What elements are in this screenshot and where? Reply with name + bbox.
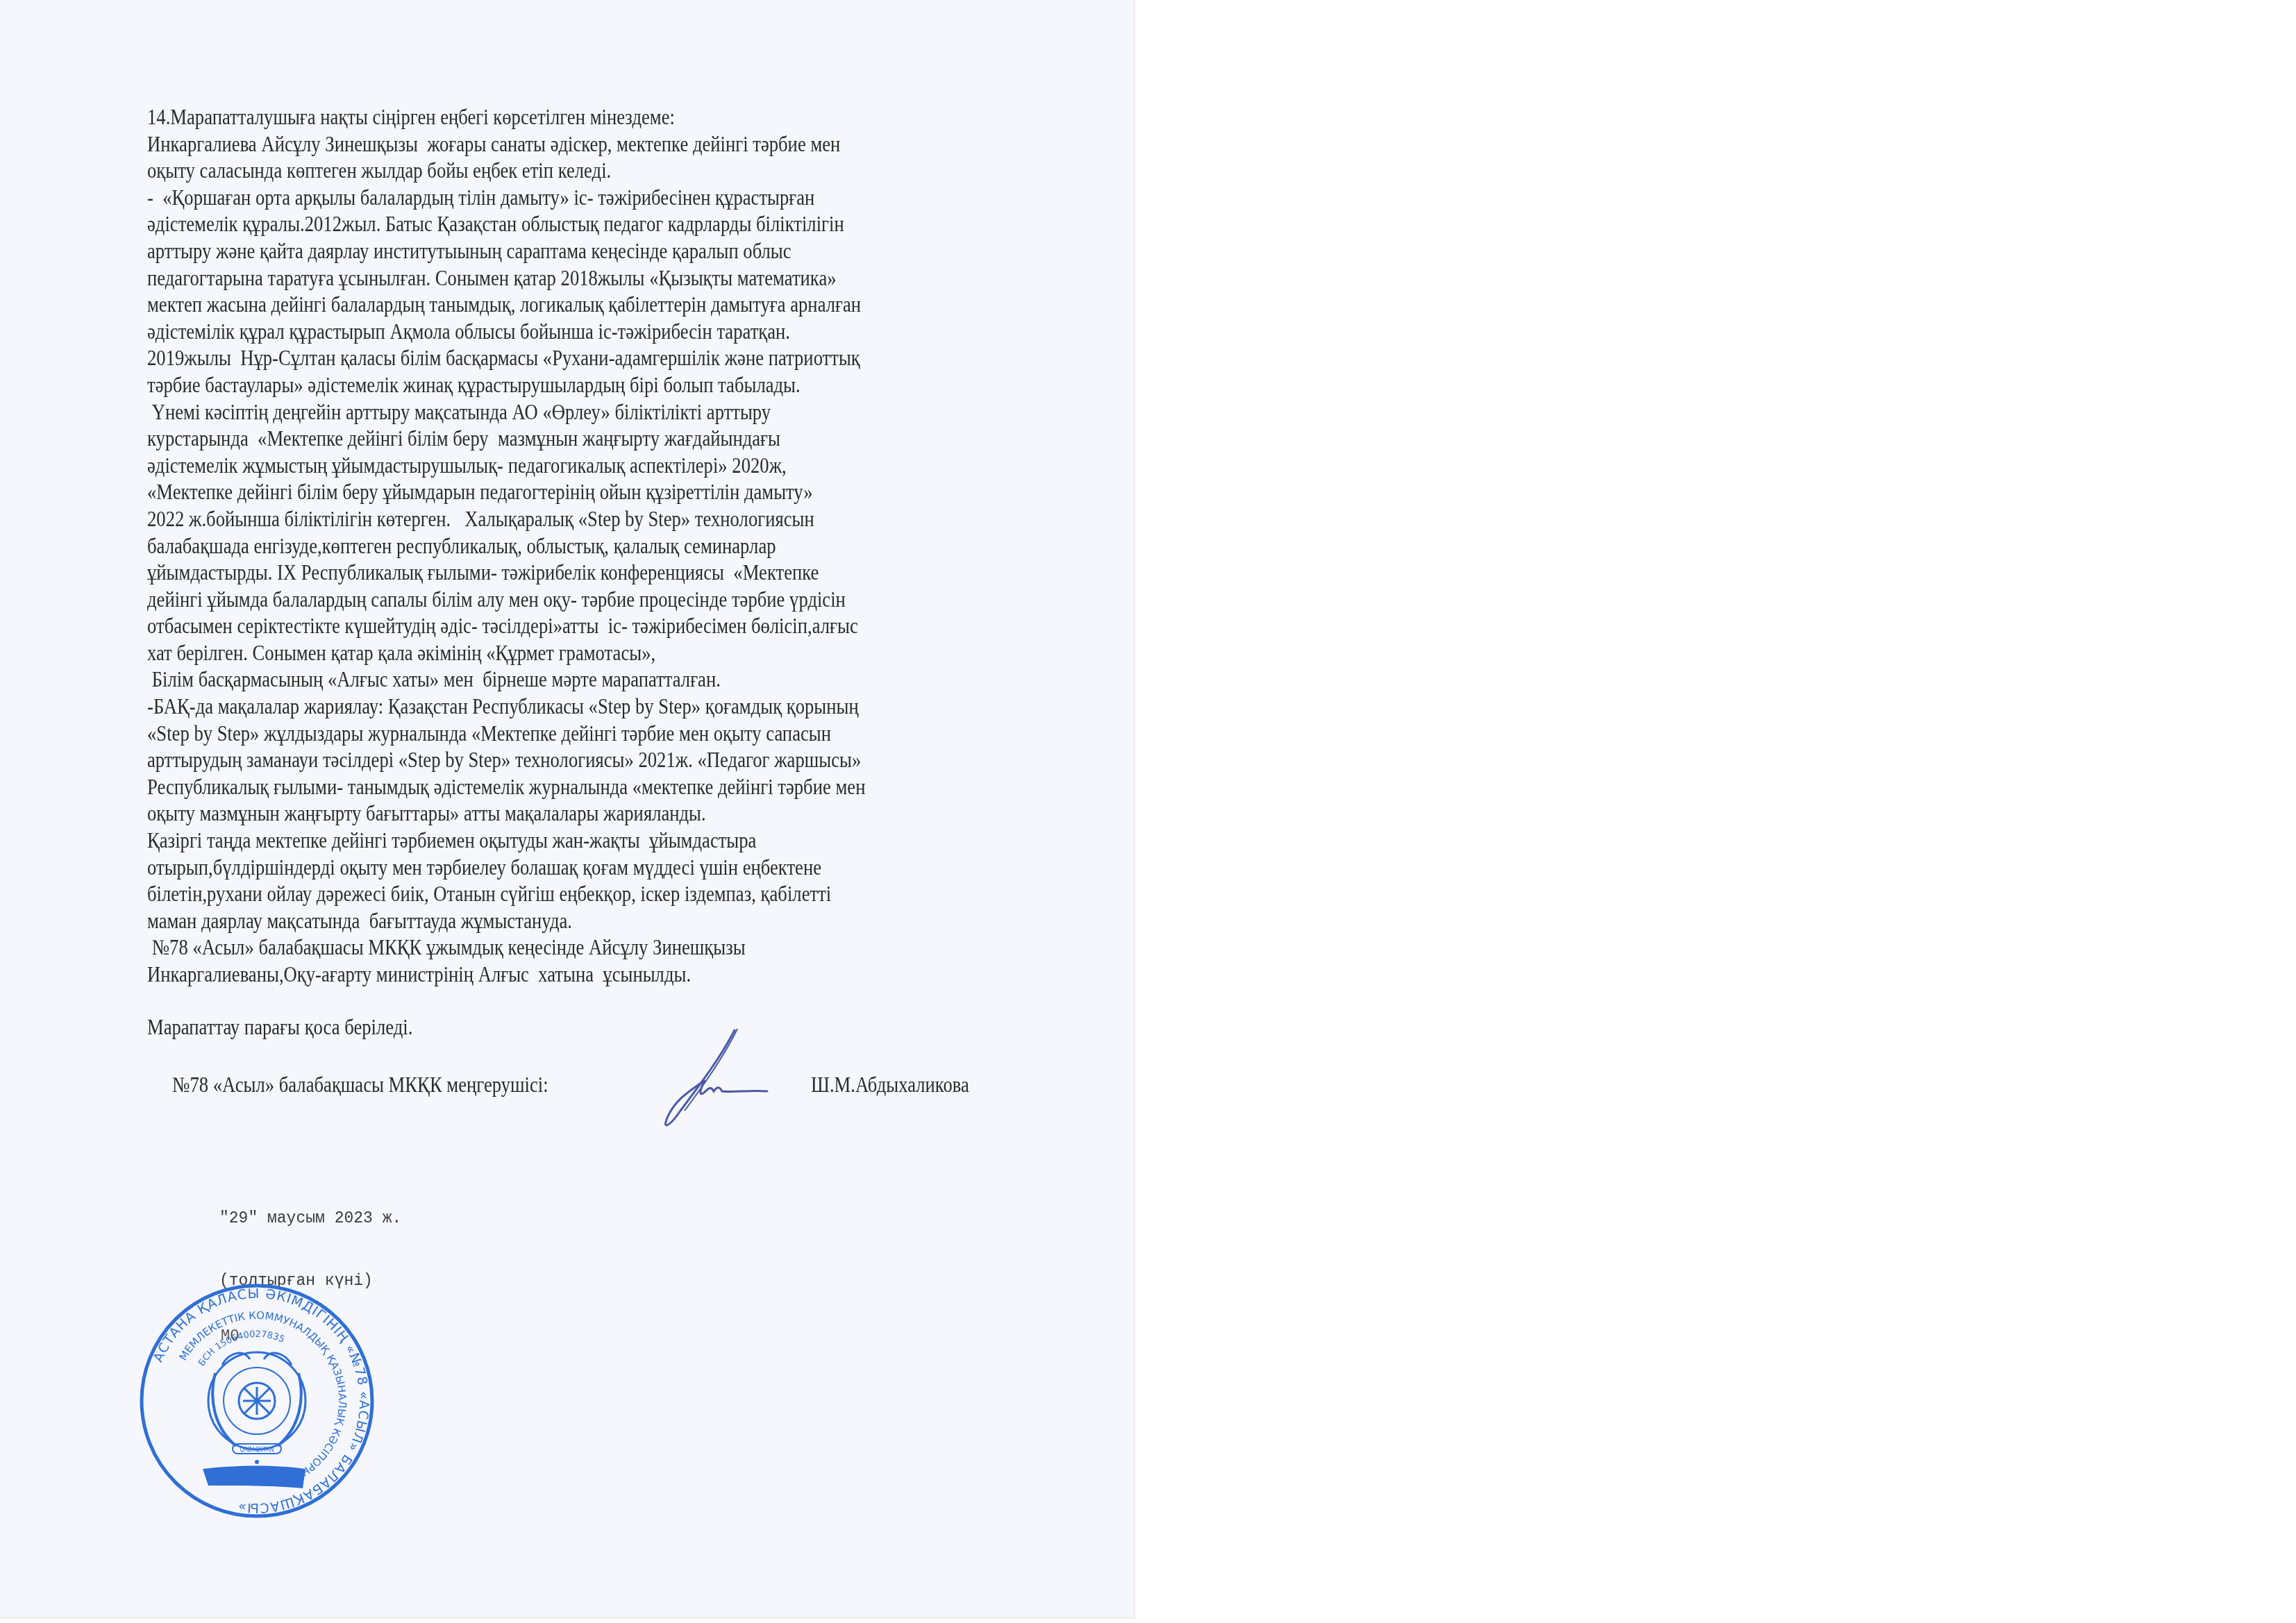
- text-line: Білім басқармасының «Алғыс хаты» мен бір…: [147, 666, 1043, 693]
- signatory-name: Ш.М.Абдыхаликова: [811, 1073, 969, 1098]
- text-line: №78 «Асыл» балабақшасы МКҚК ұжымдық кеңе…: [147, 934, 1043, 961]
- fill-date: "29" маусым 2023 ж.: [219, 1209, 401, 1227]
- text-line: 14.Марапатталушыға нақты сіңірген еңбегі…: [147, 104, 1043, 131]
- text-line: арттырудың заманауи тәсілдері «Step by S…: [147, 747, 1043, 774]
- text-line: балабақшада енгізуде,көптеген республика…: [147, 533, 1043, 560]
- text-line: мектеп жасына дейінгі балалардың танымды…: [147, 292, 1043, 319]
- text-line: оқыту мазмұнын жаңғырту бағыттары» атты …: [147, 800, 1043, 827]
- text-line: педагогтарына таратуға ұсынылған. Соныме…: [147, 265, 1043, 292]
- text-line: хат берілген. Сонымен қатар қала әкіміні…: [147, 640, 1043, 667]
- text-line: Үнемі кәсіптің деңгейін арттыру мақсатын…: [147, 399, 1043, 426]
- text-line: Қазіргі таңда мектепке дейінгі тәрбиемен…: [147, 827, 1043, 855]
- text-line: - «Қоршаған орта арқылы балалардың тілін…: [147, 185, 1043, 212]
- text-line: әдістемілік құрал құрастырып Ақмола облы…: [147, 319, 1043, 346]
- text-line: білетін,рухани ойлау дәрежесі биік, Отан…: [147, 881, 1043, 908]
- award-sheet-note: Марапаттау парағы қоса беріледі.: [147, 1015, 412, 1040]
- signature-row: №78 «Асыл» балабақшасы МКҚК меңгерушісі:…: [172, 1073, 1075, 1128]
- text-line: арттыру және қайта даярлау институтыының…: [147, 238, 1043, 265]
- text-line: «Step by Step» жұлдыздары журналында «Ме…: [147, 721, 1043, 748]
- text-line: әдістемелік құралы.2012жыл. Батыс Қазақс…: [147, 211, 1043, 238]
- handwritten-signature-icon: [653, 1027, 778, 1132]
- seal-place-mark: МО: [221, 1327, 239, 1345]
- document-page: 14.Марапатталушыға нақты сіңірген еңбегі…: [0, 0, 1135, 1619]
- text-line: тәрбие бастаулары» әдістемелік жинақ құр…: [147, 372, 1043, 399]
- text-line: -БАҚ-да мақалалар жариялау: Қазақстан Ре…: [147, 693, 1043, 721]
- characteristics-text: 14.Марапатталушыға нақты сіңірген еңбегі…: [147, 104, 1043, 989]
- svg-text:QAZAQSTAN: QAZAQSTAN: [240, 1447, 274, 1453]
- text-line: ұйымдастырды. IX Республикалық ғылыми- т…: [147, 560, 1043, 587]
- text-line: отырып,бүлдіршіндерді оқыту мен тәрбиеле…: [147, 855, 1043, 882]
- text-line: маман даярлау мақсатында бағыттауда жұмы…: [147, 908, 1043, 935]
- signatory-title: №78 «Асыл» балабақшасы МКҚК меңгерушісі:: [172, 1073, 548, 1098]
- official-seal-icon: QAZAQSTAN АСТАНА ҚАЛАСЫ ӘКІМДІГІНІҢ «№78…: [139, 1283, 375, 1519]
- text-line: оқыту саласында көптеген жылдар бойы еңб…: [147, 158, 1043, 185]
- text-line: отбасымен серіктестікте күшейтудің әдіс-…: [147, 613, 1043, 640]
- text-line: 2022 ж.бойынша біліктілігін көтерген. Ха…: [147, 506, 1043, 533]
- text-line: Инкаргалиеваны,Оқу-ағарту министрінің Ал…: [147, 961, 1043, 989]
- text-line: курстарында «Мектепке дейінгі білім беру…: [147, 426, 1043, 453]
- text-line: Республикалық ғылыми- танымдық әдістемел…: [147, 774, 1043, 801]
- text-line: Инкаргалиева Айсұлу Зинешқызы жоғары сан…: [147, 131, 1043, 158]
- text-line: әдістемелік жұмыстың ұйымдастырушылық- п…: [147, 453, 1043, 480]
- text-line: «Мектепке дейінгі білім беру ұйымдарын п…: [147, 479, 1043, 506]
- text-line: дейінгі ұйымда балалардың сапалы білім а…: [147, 587, 1043, 614]
- text-line: 2019жылы Нұр-Сұлтан қаласы білім басқарм…: [147, 345, 1043, 372]
